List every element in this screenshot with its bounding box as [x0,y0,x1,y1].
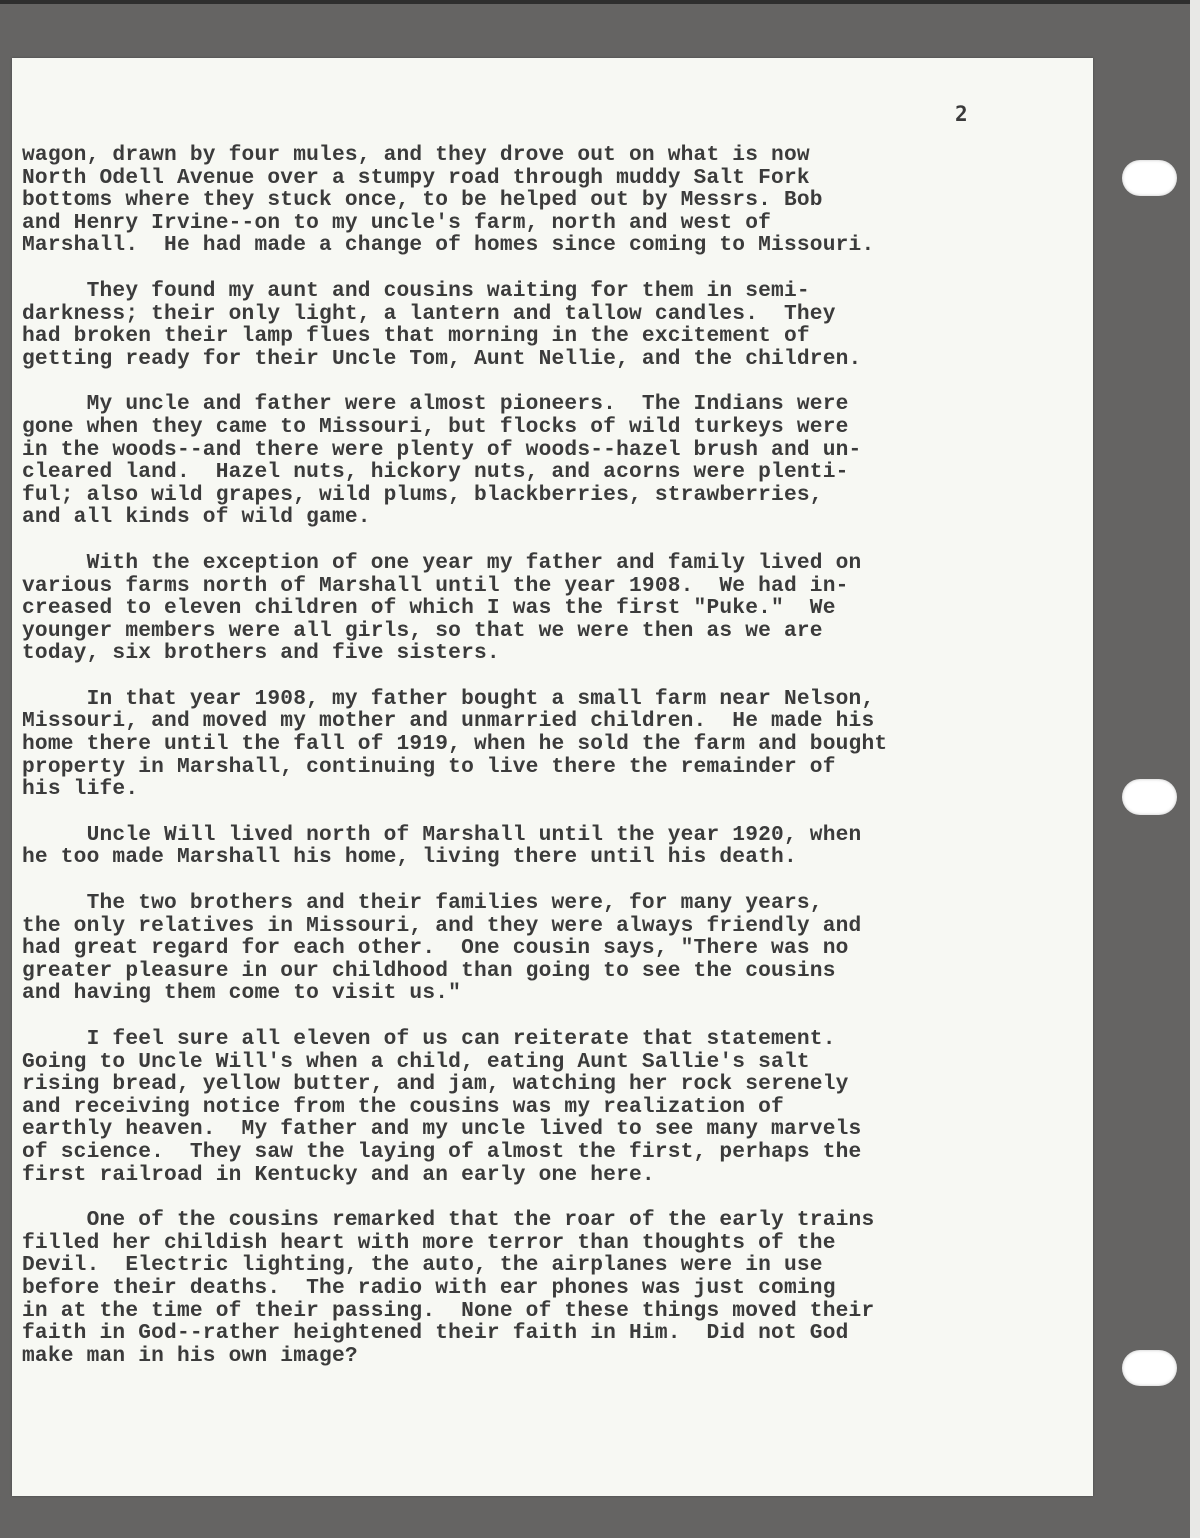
paragraph: In that year 1908, my father bought a sm… [22,688,1022,801]
text-line: Missouri, and moved my mother and unmarr… [22,710,1022,733]
text-line: make man in his own image? [22,1345,1022,1368]
text-line: With the exception of one year my father… [22,552,1022,575]
text-line: gone when they came to Missouri, but flo… [22,416,1022,439]
text-line: had broken their lamp flues that morning… [22,325,1022,348]
binder-hole-bottom [1122,1350,1177,1386]
text-line: I feel sure all eleven of us can reitera… [22,1028,1022,1051]
text-line: The two brothers and their families were… [22,892,1022,915]
text-line: he too made Marshall his home, living th… [22,846,1022,869]
text-line: the only relatives in Missouri, and they… [22,915,1022,938]
text-line: first railroad in Kentucky and an early … [22,1164,1022,1187]
paragraph: They found my aunt and cousins waiting f… [22,280,1022,370]
text-line: getting ready for their Uncle Tom, Aunt … [22,348,1022,371]
paragraph: With the exception of one year my father… [22,552,1022,665]
text-line: and having them come to visit us." [22,982,1022,1005]
text-line: property in Marshall, continuing to live… [22,756,1022,779]
text-line: in the woods--and there were plenty of w… [22,439,1022,462]
text-line: North Odell Avenue over a stumpy road th… [22,167,1022,190]
text-line: cleared land. Hazel nuts, hickory nuts, … [22,461,1022,484]
binder-hole-middle [1122,779,1177,815]
text-line: They found my aunt and cousins waiting f… [22,280,1022,303]
text-line: My uncle and father were almost pioneers… [22,393,1022,416]
text-line: today, six brothers and five sisters. [22,642,1022,665]
text-line: In that year 1908, my father bought a sm… [22,688,1022,711]
text-line: Devil. Electric lighting, the auto, the … [22,1254,1022,1277]
text-line: darkness; their only light, a lantern an… [22,303,1022,326]
paragraph: My uncle and father were almost pioneers… [22,393,1022,529]
binder-hole-top [1122,160,1177,196]
text-line: One of the cousins remarked that the roa… [22,1209,1022,1232]
text-line: had great regard for each other. One cou… [22,937,1022,960]
text-line: creased to eleven children of which I wa… [22,597,1022,620]
binder-edge-strip [1190,0,1200,1538]
page-number: 2 [955,102,968,126]
text-line: his life. [22,778,1022,801]
paragraph: Uncle Will lived north of Marshall until… [22,824,1022,869]
text-line: home there until the fall of 1919, when … [22,733,1022,756]
text-line: before their deaths. The radio with ear … [22,1277,1022,1300]
text-line: rising bread, yellow butter, and jam, wa… [22,1073,1022,1096]
paragraph: wagon, drawn by four mules, and they dro… [22,144,1022,257]
text-line: in at the time of their passing. None of… [22,1300,1022,1323]
text-line: earthly heaven. My father and my uncle l… [22,1118,1022,1141]
text-line: and receiving notice from the cousins wa… [22,1096,1022,1119]
paragraph: One of the cousins remarked that the roa… [22,1209,1022,1367]
paragraph: The two brothers and their families were… [22,892,1022,1005]
text-line: wagon, drawn by four mules, and they dro… [22,144,1022,167]
document-body: wagon, drawn by four mules, and they dro… [22,144,1022,1390]
text-line: ful; also wild grapes, wild plums, black… [22,484,1022,507]
text-line: and all kinds of wild game. [22,506,1022,529]
text-line: bottoms where they stuck once, to be hel… [22,189,1022,212]
text-line: faith in God--rather heightened their fa… [22,1322,1022,1345]
text-line: of science. They saw the laying of almos… [22,1141,1022,1164]
text-line: greater pleasure in our childhood than g… [22,960,1022,983]
text-line: Going to Uncle Will's when a child, eati… [22,1051,1022,1074]
scan-top-edge [0,0,1200,4]
text-line: filled her childish heart with more terr… [22,1232,1022,1255]
text-line: and Henry Irvine--on to my uncle's farm,… [22,212,1022,235]
text-line: younger members were all girls, so that … [22,620,1022,643]
text-line: Uncle Will lived north of Marshall until… [22,824,1022,847]
text-line: Marshall. He had made a change of homes … [22,234,1022,257]
paragraph: I feel sure all eleven of us can reitera… [22,1028,1022,1186]
text-line: various farms north of Marshall until th… [22,575,1022,598]
